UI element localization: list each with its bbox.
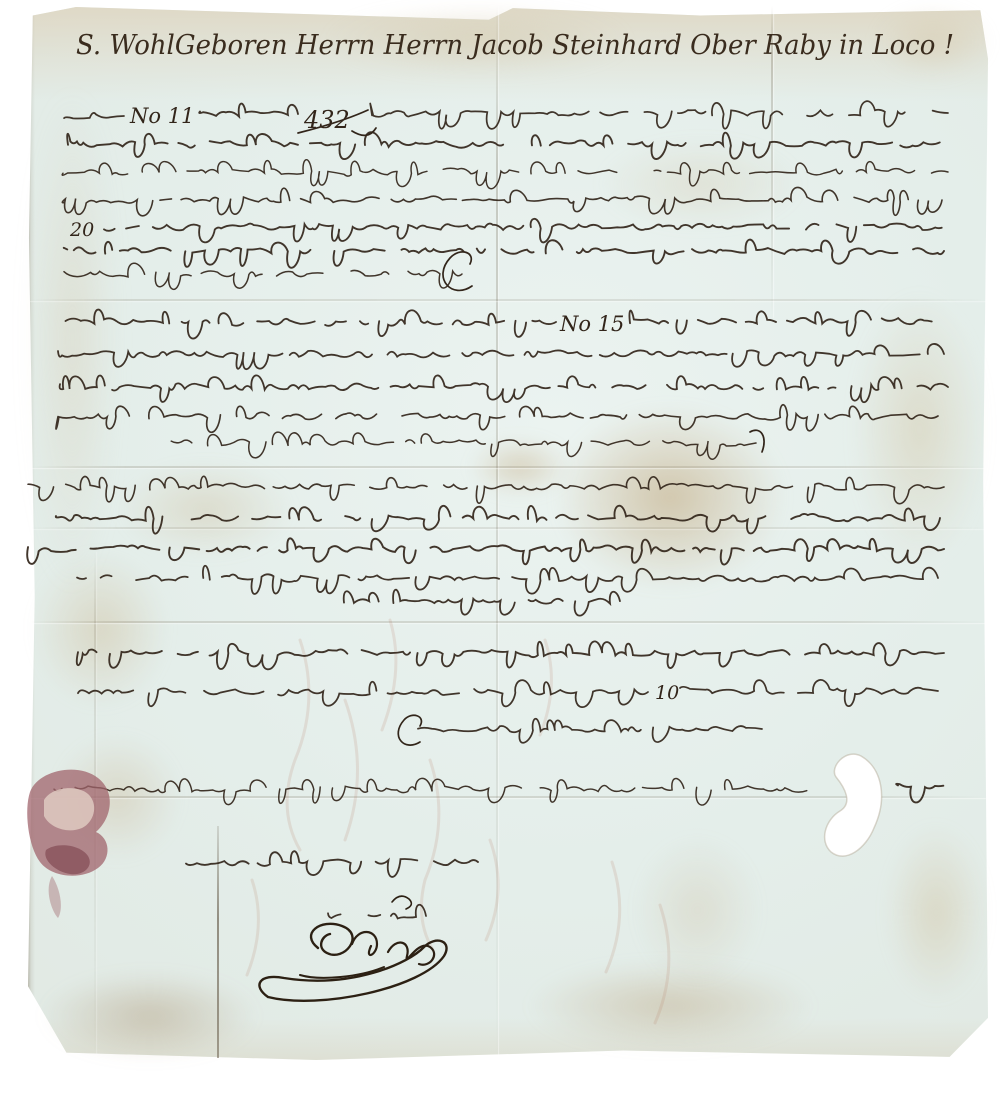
paragraph-1-script-line	[370, 101, 948, 129]
number-no-11: No 11	[129, 104, 194, 128]
ink-flourishes	[298, 110, 764, 745]
paragraph-1-script-line	[67, 132, 940, 159]
paragraph-1-script-line	[104, 219, 942, 243]
paragraph-1-script-line	[62, 160, 948, 189]
paragraph-4-script-line	[78, 680, 648, 707]
paragraph-4-script-line	[77, 641, 944, 669]
ink-showthrough	[247, 620, 669, 1023]
paragraph-2-script-line	[56, 405, 938, 433]
paragraph-3-script-line	[344, 590, 620, 616]
scanned-letter-page: { "page": { "background": "#ffffff", "pa…	[0, 0, 1000, 1101]
paragraph-2-script-line	[58, 344, 944, 369]
paragraph-2-script-line	[60, 375, 948, 402]
paragraph-1-script-line	[64, 240, 944, 268]
number-20: 20	[69, 219, 94, 241]
manuscript-svg: S. WohlGeboren Herrn Herrn Jacob Steinha…	[0, 0, 1000, 1101]
paragraph-4-script-line	[418, 719, 762, 743]
number-no-15: No 15	[559, 312, 624, 336]
paragraph-4-script-line	[680, 680, 938, 706]
paragraph-1-script-line	[64, 113, 124, 119]
paragraph-3-script-line	[27, 538, 944, 564]
paragraph-2-script-line	[629, 311, 931, 336]
paragraph-2-script-line	[168, 432, 756, 459]
signature-words-script-line	[328, 905, 426, 919]
number-10: 10	[655, 682, 679, 704]
signature	[259, 896, 446, 1001]
paragraph-1-script-line	[62, 187, 942, 215]
paper-hole	[825, 754, 882, 856]
header-address-line: S. WohlGeboren Herrn Herrn Jacob Steinha…	[76, 30, 954, 61]
paragraph-3-script-line	[54, 566, 938, 594]
inline-numerals: No 11 432 No 15 20 10	[69, 104, 679, 704]
paragraph-3-script-line	[28, 476, 944, 503]
paragraph-1-script-line	[64, 263, 462, 289]
paragraph-5-script-line	[54, 778, 807, 805]
paragraph-2-script-line	[60, 310, 556, 339]
wax-seal	[27, 770, 110, 918]
handwritten-body	[27, 101, 948, 918]
paragraph-5-script-line	[896, 784, 943, 803]
paragraph-3-script-line	[56, 506, 940, 534]
paragraph-1-script-line	[199, 104, 298, 117]
